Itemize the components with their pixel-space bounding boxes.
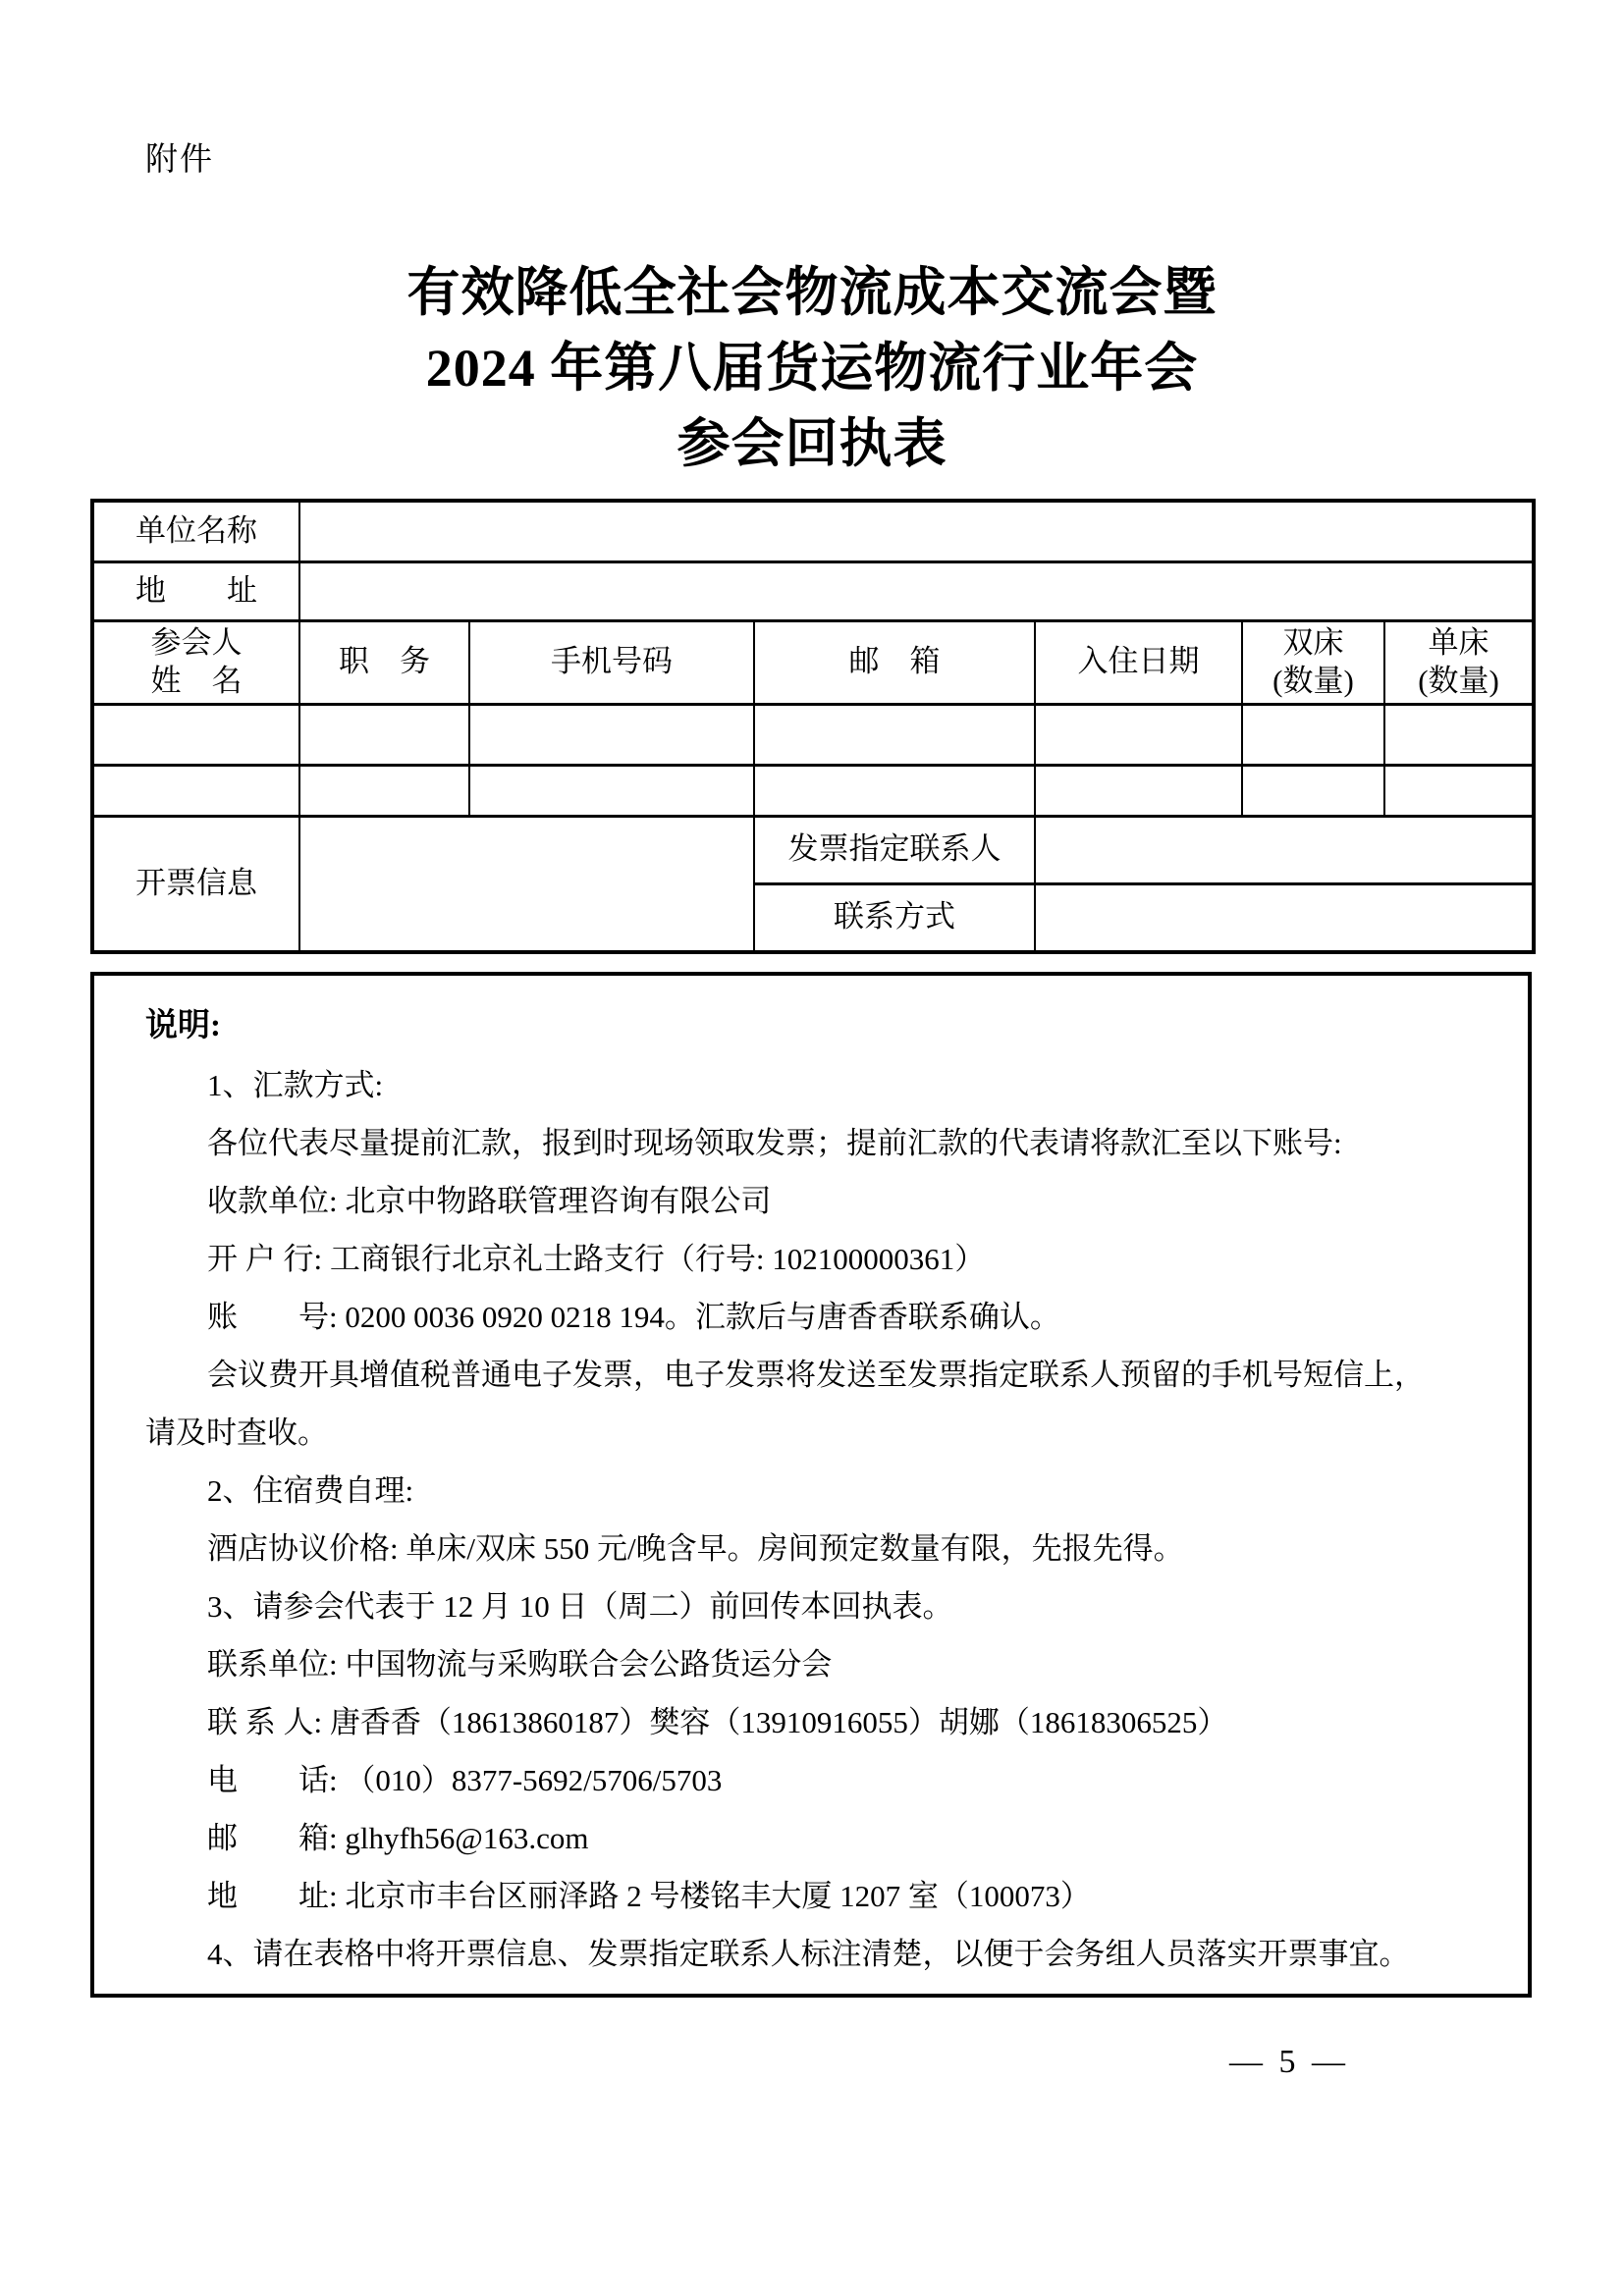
note-line-contact-persons: 联 系 人: 唐香香（18613860187）樊容（13910916055）胡娜… xyxy=(145,1693,1477,1751)
note-line-account: 账 号: 0200 0036 0920 0218 194。汇款后与唐香香联系确认… xyxy=(145,1288,1477,1346)
invoice-contact-label: 发票指定联系人 xyxy=(754,816,1035,883)
attendee1-email-cell[interactable] xyxy=(754,704,1035,765)
attachment-label: 附件 xyxy=(145,133,214,180)
note-line-einvoice: 会议费开具增值税普通电子发票，电子发票将发送至发票指定联系人预留的手机号短信上， xyxy=(145,1346,1477,1404)
contact-method-input-cell[interactable] xyxy=(1035,883,1534,952)
attendee1-mobile-cell[interactable] xyxy=(469,704,754,765)
attendee2-checkin-cell[interactable] xyxy=(1035,765,1242,816)
address-label: 地 址 xyxy=(92,561,299,620)
attendee-row-2 xyxy=(92,765,1534,816)
position-header: 职 务 xyxy=(299,620,469,704)
checkin-date-header: 入住日期 xyxy=(1035,620,1242,704)
email-header: 邮 箱 xyxy=(754,620,1035,704)
note-line-accommodation: 2、住宿费自理: xyxy=(145,1462,1477,1520)
invoice-info-label: 开票信息 xyxy=(92,816,299,952)
attendee1-position-cell[interactable] xyxy=(299,704,469,765)
unit-name-label: 单位名称 xyxy=(92,501,299,561)
document-page: 附件 有效降低全社会物流成本交流会暨 2024 年第八届货运物流行业年会 参会回… xyxy=(0,0,1624,2296)
attendee2-twin-bed-cell[interactable] xyxy=(1242,765,1384,816)
attendee1-name-cell[interactable] xyxy=(92,704,299,765)
note-line-email: 邮 箱: glhyfh56@163.com xyxy=(145,1809,1477,1867)
note-line-payee: 收款单位: 北京中物路联管理咨询有限公司 xyxy=(145,1172,1477,1230)
notes-section: 说明: 1、汇款方式: 各位代表尽量提前汇款，报到时现场领取发票；提前汇款的代表… xyxy=(90,972,1532,1998)
note-line-invoice-reminder: 4、请在表格中将开票信息、发票指定联系人标注清楚，以便于会务组人员落实开票事宜。 xyxy=(145,1925,1477,1983)
unit-name-input-cell[interactable] xyxy=(299,501,1534,561)
registration-form-table: 单位名称 地 址 参会人 姓 名 职 务 手机号码 邮 箱 入住日期 双床 (数… xyxy=(90,499,1536,954)
attendee2-name-cell[interactable] xyxy=(92,765,299,816)
twin-bed-header: 双床 (数量) xyxy=(1242,620,1384,704)
contact-method-label: 联系方式 xyxy=(754,883,1035,952)
attendee2-position-cell[interactable] xyxy=(299,765,469,816)
title-line-3: 参会回执表 xyxy=(0,406,1624,482)
note-line-bank: 开 户 行: 工商银行北京礼士路支行（行号: 102100000361） xyxy=(145,1230,1477,1288)
document-title: 有效降低全社会物流成本交流会暨 2024 年第八届货运物流行业年会 参会回执表 xyxy=(0,255,1624,482)
page-number: — 5 — xyxy=(1229,2044,1349,2081)
invoice-info-input-cell[interactable] xyxy=(299,816,754,952)
note-line-remit-instruction: 各位代表尽量提前汇款，报到时现场领取发票；提前汇款的代表请将款汇至以下账号: xyxy=(145,1114,1477,1172)
invoice-contact-input-cell[interactable] xyxy=(1035,816,1534,883)
attendee2-email-cell[interactable] xyxy=(754,765,1035,816)
attendee1-twin-bed-cell[interactable] xyxy=(1242,704,1384,765)
attendee-row-1 xyxy=(92,704,1534,765)
mobile-header: 手机号码 xyxy=(469,620,754,704)
note-line-hotel-price: 酒店协议价格: 单床/双床 550 元/晚含早。房间预定数量有限，先报先得。 xyxy=(145,1520,1477,1577)
address-row: 地 址 xyxy=(92,561,1534,620)
attendee1-checkin-cell[interactable] xyxy=(1035,704,1242,765)
note-line-deadline: 3、请参会代表于 12 月 10 日（周二）前回传本回执表。 xyxy=(145,1577,1477,1635)
attendee-header-row: 参会人 姓 名 职 务 手机号码 邮 箱 入住日期 双床 (数量) 单床 (数量… xyxy=(92,620,1534,704)
notes-heading: 说明: xyxy=(145,995,1477,1056)
note-line-einvoice-wrap: 请及时查收。 xyxy=(145,1404,1477,1462)
attendee-name-header: 参会人 姓 名 xyxy=(92,620,299,704)
unit-name-row: 单位名称 xyxy=(92,501,1534,561)
note-line-telephone: 电 话: （010）8377-5692/5706/5703 xyxy=(145,1751,1477,1809)
title-line-2: 2024 年第八届货运物流行业年会 xyxy=(0,331,1624,406)
note-line-remittance: 1、汇款方式: xyxy=(145,1056,1477,1114)
attendee1-single-bed-cell[interactable] xyxy=(1384,704,1534,765)
note-line-contact-unit: 联系单位: 中国物流与采购联合会公路货运分会 xyxy=(145,1635,1477,1693)
note-line-address: 地 址: 北京市丰台区丽泽路 2 号楼铭丰大厦 1207 室（100073） xyxy=(145,1867,1477,1925)
attendee2-single-bed-cell[interactable] xyxy=(1384,765,1534,816)
invoice-row-1: 开票信息 发票指定联系人 xyxy=(92,816,1534,883)
address-input-cell[interactable] xyxy=(299,561,1534,620)
title-line-1: 有效降低全社会物流成本交流会暨 xyxy=(0,255,1624,331)
attendee2-mobile-cell[interactable] xyxy=(469,765,754,816)
single-bed-header: 单床 (数量) xyxy=(1384,620,1534,704)
